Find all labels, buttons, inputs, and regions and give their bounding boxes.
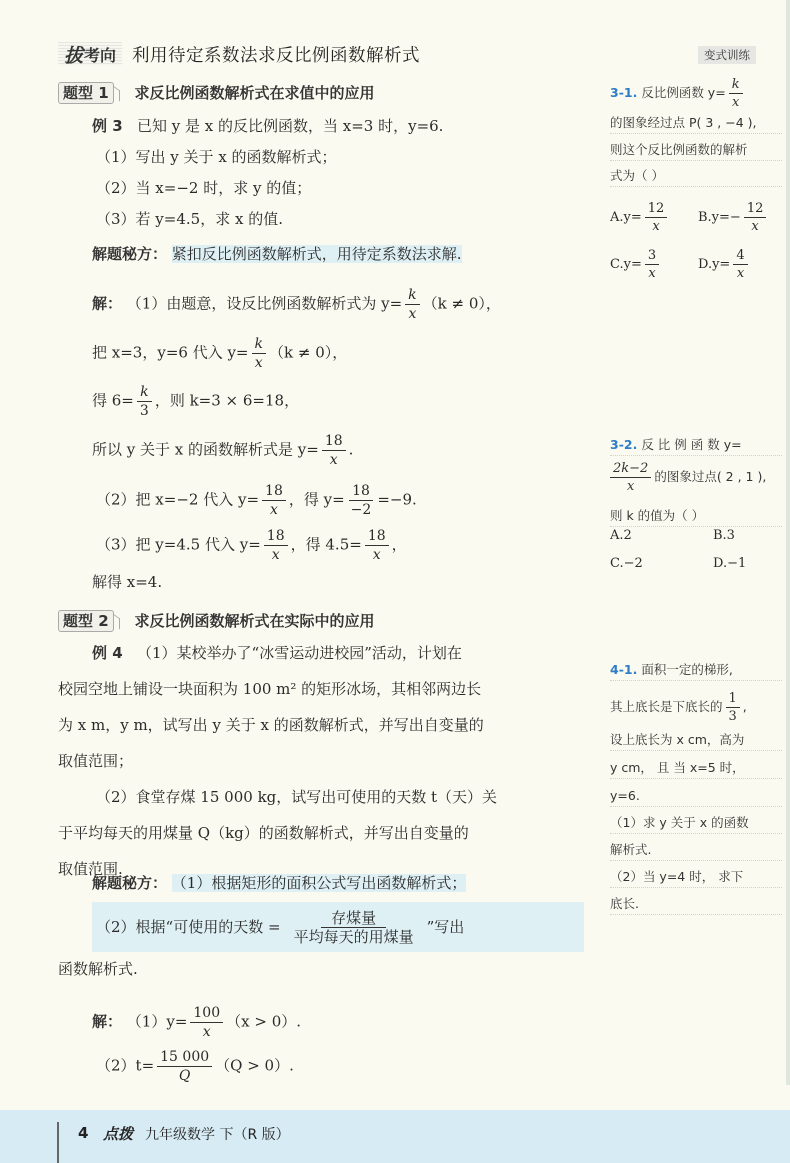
exercise-4-1-line-3: 设上底长为 x cm，高为	[610, 730, 782, 751]
exercise-3-1-line-3: 则这个反比例函数的解析	[610, 140, 782, 161]
fraction: 18x	[264, 527, 288, 564]
solution-label: 解：	[92, 295, 122, 313]
example-4-line-3: 为 x m，y m，试写出 y 关于 x 的函数解析式，并写出自变量的	[58, 714, 484, 736]
option-d[interactable]: D.−1	[713, 556, 746, 571]
fraction: 3x	[645, 247, 659, 282]
option-b[interactable]: B.y=−12x	[698, 200, 769, 235]
example-3-q1: （1）写出 y 关于 x 的函数解析式；	[96, 146, 337, 168]
solving-tip-2-end: 函数解析式.	[58, 958, 138, 980]
example-label: 例 4	[92, 644, 123, 662]
exercise-4-1-line-1: 4-1. 面积一定的梯形,	[610, 660, 782, 681]
option-a[interactable]: A.y=12x	[610, 200, 670, 235]
question-type-title: 求反比例函数解析式在求值中的应用	[134, 84, 374, 102]
exercise-4-1-line-2: 其上底长是下底长的13,	[610, 690, 782, 725]
option-c[interactable]: C.y=3x	[610, 247, 662, 282]
fraction: 18x	[262, 482, 286, 519]
example-4-line-5: （2）食堂存煤 15 000 kg，试写出可使用的天数 t（天）关	[96, 786, 497, 808]
question-type-title: 求反比例函数解析式在实际中的应用	[134, 612, 374, 630]
exercise-4-1-line-7: 解析式.	[610, 840, 782, 861]
example-3-q3: （3）若 y=4.5，求 x 的值.	[96, 208, 283, 230]
example-text: 已知 y 是 x 的反比例函数，当 x=3 时，y=6.	[137, 117, 443, 135]
question-type-badge: 题型 2	[58, 610, 114, 632]
footer-divider	[57, 1122, 59, 1163]
solving-tip-1: 解题秘方： 紧扣反比例函数解析式，用待定系数法求解.	[92, 243, 462, 265]
fraction: 12x	[645, 200, 668, 235]
tip-label: 解题秘方：	[92, 874, 167, 892]
book-title: 九年级数学 下（R 版）	[145, 1124, 290, 1144]
solution-line-6: （3）把 y=4.5 代入 y=18x，得 4.5=18x，	[96, 527, 407, 564]
exercise-number: 3-1.	[610, 85, 637, 100]
exercise-3-2-line-3: 则 k 的值为（ ）	[610, 506, 782, 527]
textbook-page: 拔 考向 利用待定系数法求反比例函数解析式 变式训练 题型 1 求反比例函数解析…	[0, 0, 790, 1163]
page-edge	[786, 0, 790, 1085]
solution-line-1: 解： （1）由题意，设反比例函数解析式为 y=kx（k ≠ 0），	[92, 286, 501, 323]
solution-4-line-1: 解： （1）y=100x（x > 0）.	[92, 1004, 301, 1041]
solution-line-5: （2）把 x=−2 代入 y=18x，得 y=18−2=−9.	[96, 482, 417, 519]
topic-badge: 拔 考向	[58, 42, 122, 66]
fraction: 18−2	[348, 482, 375, 519]
solution-4-line-2: （2）t=15 000Q（Q > 0）.	[96, 1048, 294, 1085]
exercise-4-1-line-6: （1）求 y 关于 x 的函数	[610, 813, 782, 834]
exercise-4-1-line-4: y cm， 且 当 x=5 时，	[610, 758, 782, 779]
page-number: 4	[78, 1124, 88, 1142]
fraction: 18x	[365, 527, 389, 564]
tip-label: 解题秘方：	[92, 245, 167, 263]
option-a[interactable]: A.2	[610, 528, 632, 543]
solution-line-4: 所以 y 关于 x 的函数解析式是 y=18x.	[92, 432, 353, 469]
option-d[interactable]: D.y=4x	[698, 247, 751, 282]
exercise-4-1-line-9: 底长.	[610, 894, 782, 915]
brand-logo: 点拨	[103, 1123, 133, 1144]
brand-glyph-icon: 拔	[64, 41, 82, 68]
solution-line-2: 把 x=3，y=6 代入 y=kx（k ≠ 0），	[92, 335, 347, 372]
page-footer: 4 点拨 九年级数学 下（R 版）	[0, 1110, 790, 1163]
fraction: 存煤量平均每天的用煤量	[284, 909, 424, 946]
exercise-3-1-line-4: 式为（ ）	[610, 166, 782, 187]
exercise-4-1-line-5: y=6.	[610, 786, 782, 807]
solution-label: 解：	[92, 1013, 122, 1031]
exercise-4-1-line-8: （2）当 y=4 时， 求下	[610, 867, 782, 888]
topic-badge-text: 考向	[84, 43, 116, 66]
example-3: 例 3 已知 y 是 x 的反比例函数，当 x=3 时，y=6.	[92, 115, 443, 137]
fraction: k3	[137, 383, 152, 420]
fraction: 13	[726, 690, 740, 725]
question-type-badge: 题型 1	[58, 82, 114, 104]
exercise-number: 3-2.	[610, 437, 637, 452]
option-c[interactable]: C.−2	[610, 556, 643, 571]
tip-text: （1）根据矩形的面积公式写出函数解析式；	[172, 874, 467, 892]
variant-practice-tag: 变式训练	[698, 46, 756, 64]
tip-text: 紧扣反比例函数解析式，用待定系数法求解.	[172, 245, 462, 263]
example-3-q2: （2）当 x=−2 时，求 y 的值；	[96, 177, 311, 199]
fraction: 18x	[322, 432, 346, 469]
example-4-line-6: 于平均每天的用煤量 Q（kg）的函数解析式，并写出自变量的	[58, 822, 469, 844]
exercise-3-2-line-1: 3-2. 反 比 例 函 数 y=	[610, 435, 782, 456]
example-label: 例 3	[92, 117, 123, 135]
solving-tip-2: 解题秘方： （1）根据矩形的面积公式写出函数解析式；	[92, 872, 466, 894]
fraction: kx	[252, 335, 266, 372]
topic-header: 拔 考向 利用待定系数法求反比例函数解析式	[58, 40, 420, 68]
exercise-3-1-line-2: 的图象经过点 P( 3 , −4 ),	[610, 113, 782, 134]
solution-text: （k ≠ 0），	[423, 295, 501, 313]
exercise-3-2-line-2: 2k−2x的图象过点( 2 , 1 ),	[610, 460, 782, 495]
example-4-line-2: 校园空地上铺设一块面积为 100 m² 的矩形冰场，其相邻两边长	[58, 678, 481, 700]
fraction: kx	[405, 286, 419, 323]
fraction: 15 000Q	[157, 1048, 212, 1085]
example-4-line-4: 取值范围；	[58, 750, 133, 772]
solution-line-3: 得 6=k3，则 k=3 × 6=18，	[92, 383, 299, 420]
question-type-1-heading: 题型 1 求反比例函数解析式在求值中的应用	[58, 82, 374, 104]
fraction: kx	[729, 76, 743, 111]
fraction: 12x	[744, 200, 767, 235]
example-4-line-1: 例 4 （1）某校举办了“冰雪运动进校园”活动，计划在	[92, 642, 462, 664]
topic-title: 利用待定系数法求反比例函数解析式	[132, 42, 420, 67]
fraction: 4x	[733, 247, 747, 282]
fraction: 2k−2x	[610, 460, 651, 495]
solution-text: （1）由题意，设反比例函数解析式为 y=	[127, 295, 402, 313]
fraction: 100x	[190, 1004, 223, 1041]
solving-tip-2-formula: （2）根据“可使用的天数 =存煤量平均每天的用煤量”写出	[92, 902, 584, 952]
option-b[interactable]: B.3	[713, 528, 735, 543]
exercise-number: 4-1.	[610, 662, 637, 677]
exercise-3-1-line-1: 3-1. 反比例函数 y=kx	[610, 76, 782, 111]
question-type-2-heading: 题型 2 求反比例函数解析式在实际中的应用	[58, 610, 374, 632]
solution-line-7: 解得 x=4.	[92, 571, 162, 593]
